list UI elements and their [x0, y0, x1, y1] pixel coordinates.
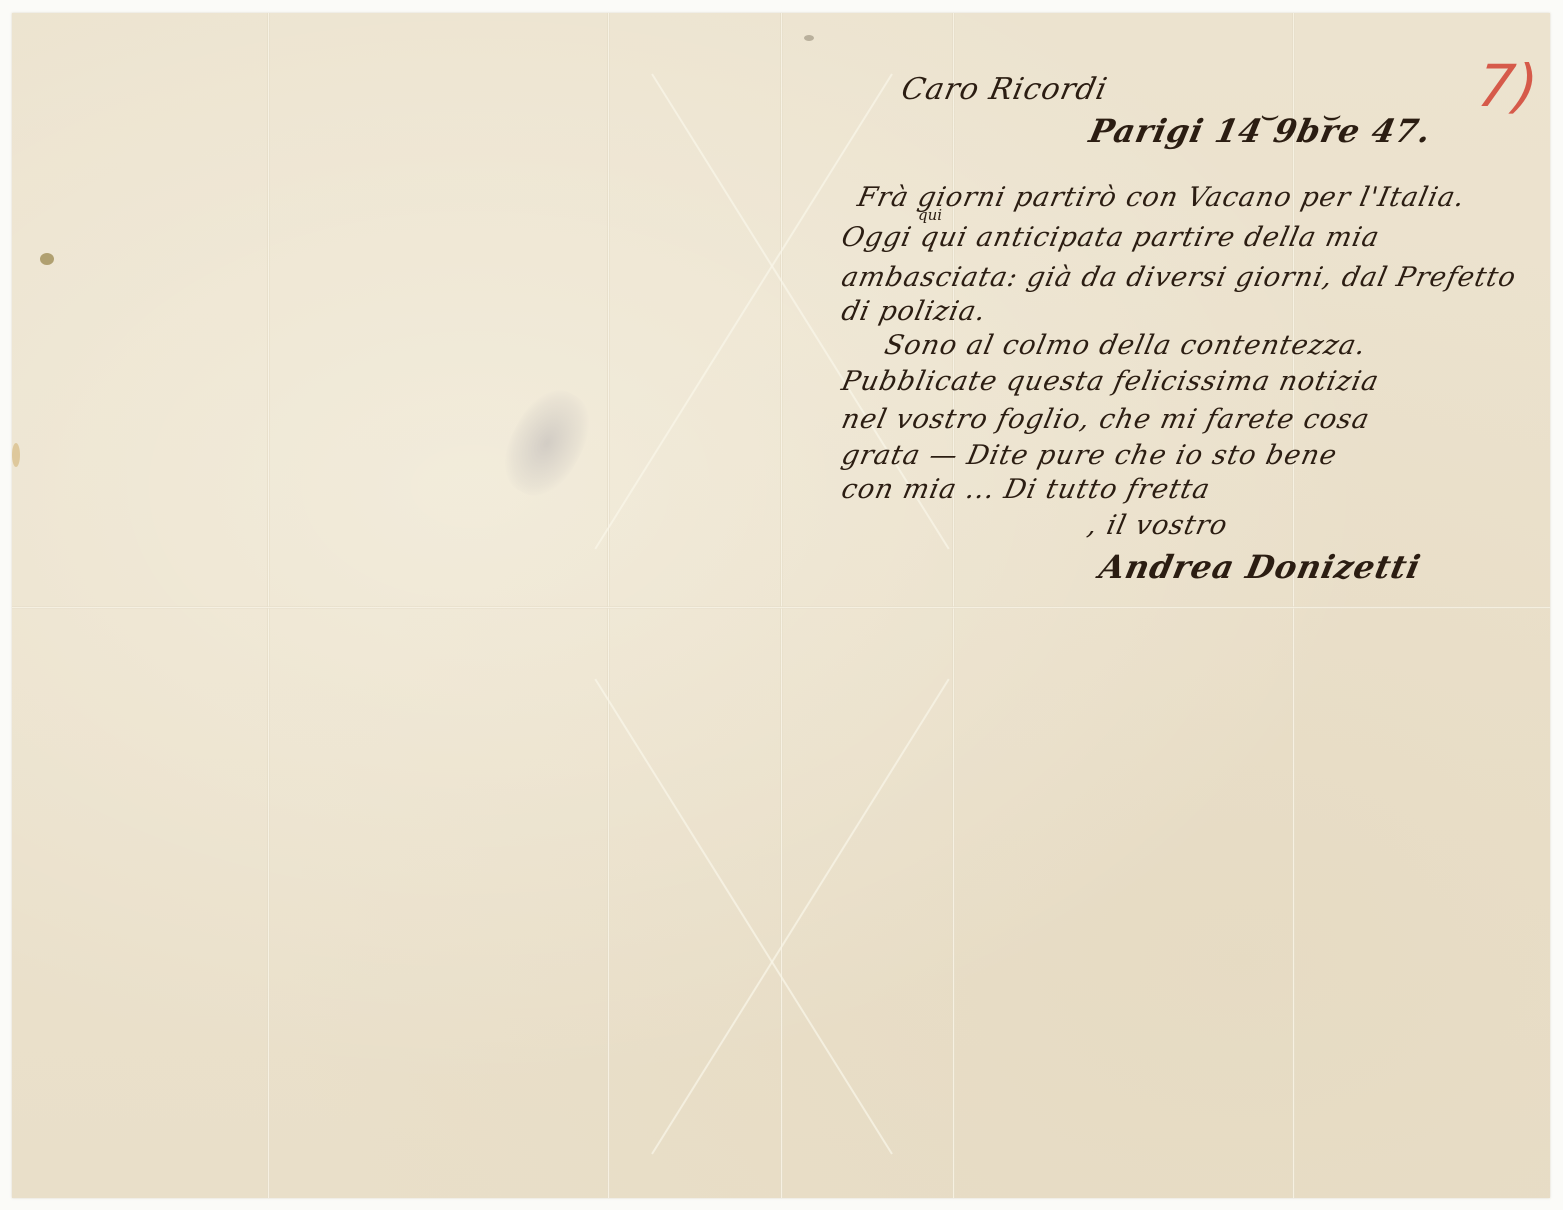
body-line: ambasciata: già da diversi giorni, dal P… — [839, 262, 1520, 293]
closing: , il vostro — [1085, 510, 1231, 541]
body-line: Frà giorni partirò con Vacano per l'Ital… — [855, 182, 1468, 213]
body-line: grata — Dite pure che io sto bene — [839, 440, 1341, 471]
body-line: Pubblicate questa felicissima notizia — [839, 366, 1382, 397]
salutation: Caro Ricordi — [898, 72, 1110, 107]
scanned-letter: Caro Ricordi Parigi 14 9bre 47. ⌣ ⌣ 7) q… — [0, 0, 1563, 1210]
letter-text: Caro Ricordi Parigi 14 9bre 47. ⌣ ⌣ 7) q… — [0, 0, 1563, 1210]
body-line: Oggi qui anticipata partire della mia — [839, 222, 1383, 253]
body-line: Sono al colmo della contentezza. — [882, 330, 1369, 361]
breve-mark: ⌣ — [1320, 98, 1340, 133]
body-line: con mia ... Di tutto fretta — [839, 474, 1214, 505]
breve-mark: ⌣ — [1258, 98, 1278, 133]
red-annotation: 7) — [1474, 52, 1541, 120]
signature: Andrea Donizetti — [1096, 548, 1424, 586]
body-line: di polizia. — [839, 296, 989, 327]
body-line: nel vostro foglio, che mi farete cosa — [839, 404, 1373, 435]
